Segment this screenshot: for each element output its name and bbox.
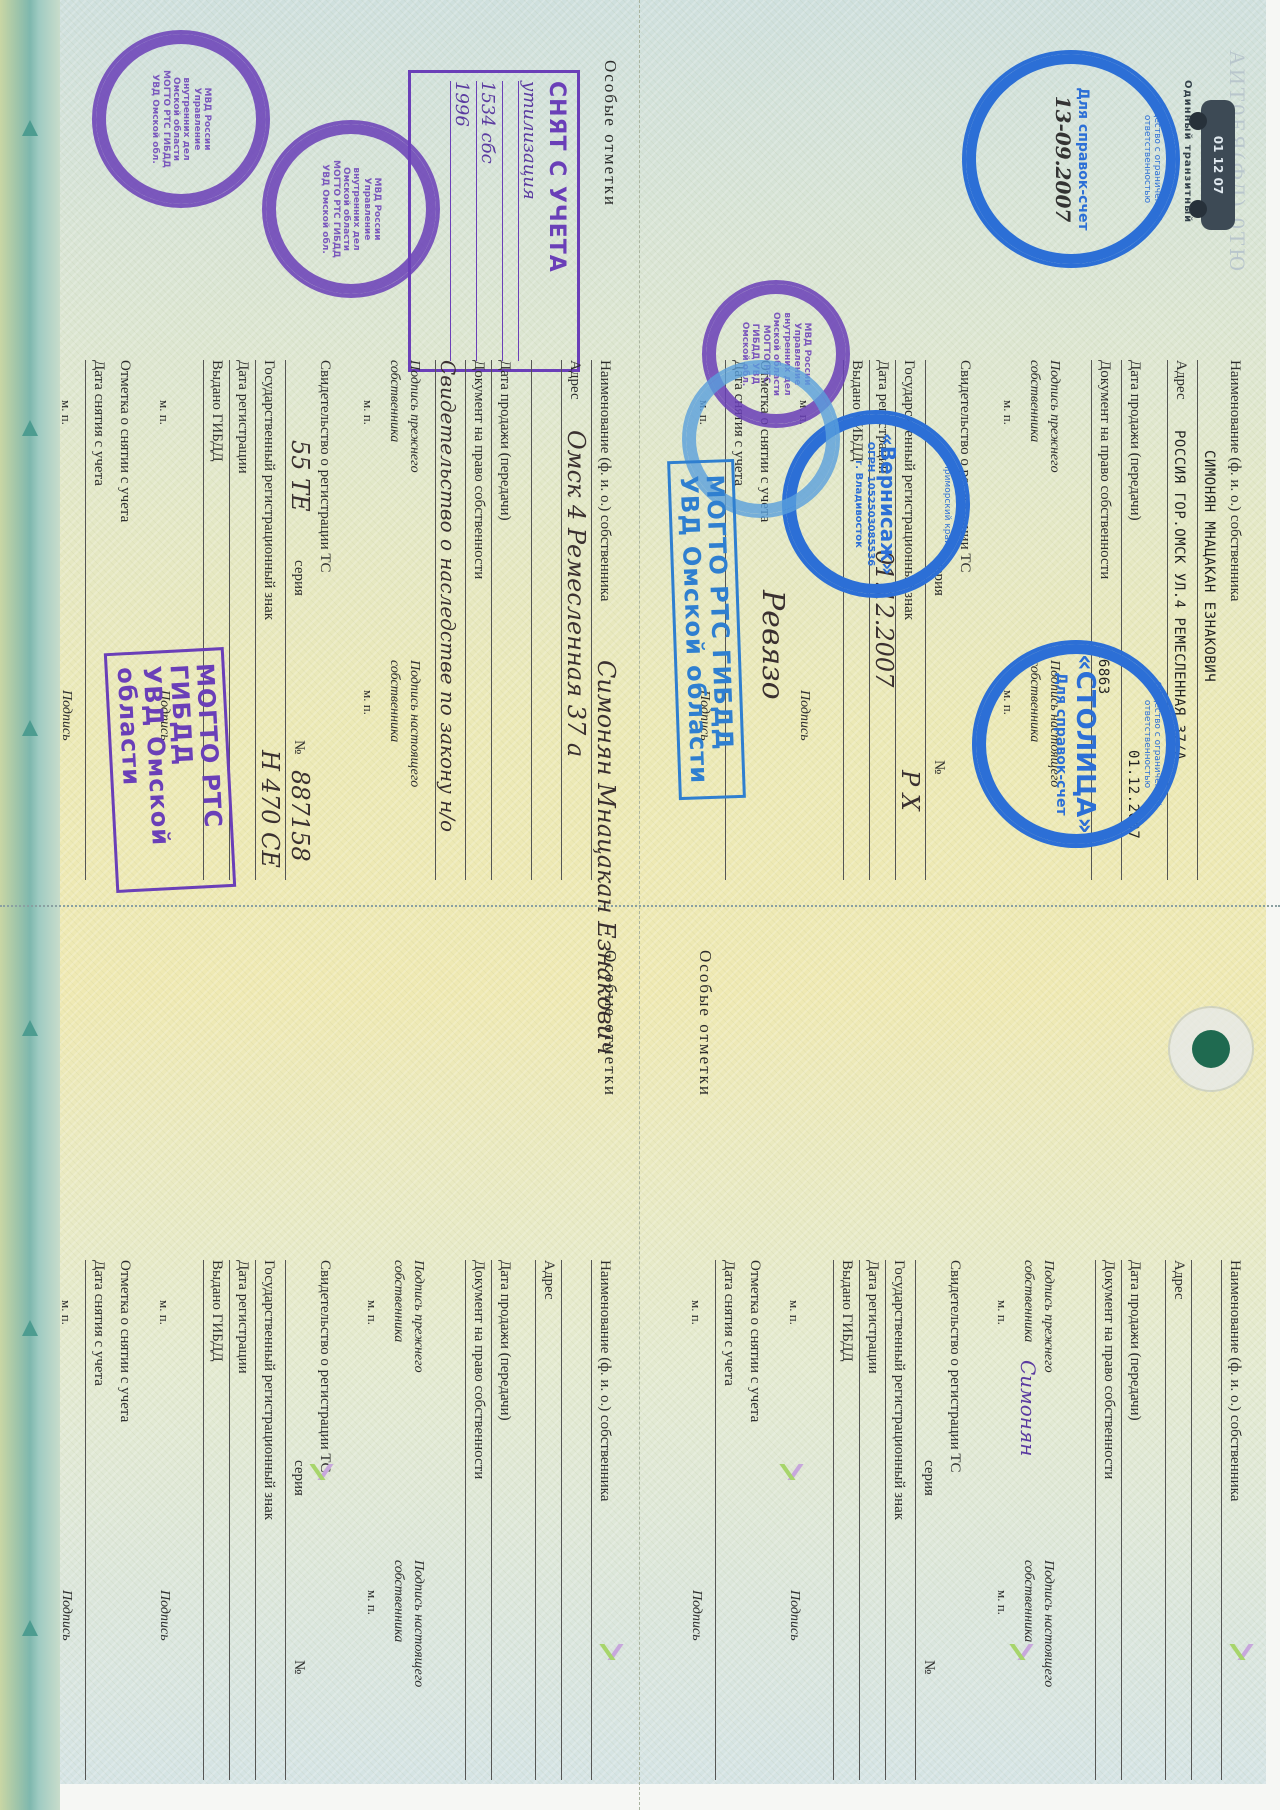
seal-place-label: м. п. (786, 1300, 802, 1325)
special-marks-4: Особые отметки (30, 930, 630, 1230)
owner-name-label: Наименование (ф. и. о.) собственника (1226, 1260, 1243, 1501)
number-label: № (290, 740, 307, 754)
issued-by-label: Выдано ГИБДД (208, 1260, 225, 1362)
special-marks-2: Особые отметки СНЯТ С УЧЕТА утилизация 1… (30, 30, 630, 330)
seal-place-label: м. п. (360, 400, 376, 425)
owner-form-4: Наименование (ф. и. о.) собственника Адр… (30, 1260, 630, 1780)
owner-name-label: Наименование (ф. и. о.) собственника (596, 360, 613, 601)
address-label: Адрес (1170, 1260, 1187, 1300)
seal-place-label: м. п. (360, 690, 376, 715)
ownership-doc-label: Документ на право собственности (1100, 1260, 1117, 1479)
signature-label: Подпись (688, 1590, 704, 1641)
ownership-doc-label: Документ на право собственности (470, 360, 487, 579)
owner-name-value: СИМОНЯН МНАЦАКАН ЕЗНАКОВИЧ (1201, 450, 1217, 682)
special-marks-label: Особые отметки (600, 60, 620, 207)
plate-label: Государственный регистрационный знак (260, 360, 277, 620)
reg-certificate-label: Свидетельство о регистрации ТС (316, 1260, 333, 1473)
prev-owner-sign-label-2: собственника (1020, 1260, 1036, 1342)
signature-label: Подпись (58, 690, 74, 741)
plate-value: Р Х (896, 770, 924, 811)
prev-owner-sign-label-2: собственника (1026, 360, 1042, 442)
deregistration-date-label: Дата снятия с учета (90, 1260, 107, 1386)
owner-form-3: Наименование (ф. и. о.) собственника Адр… (660, 1260, 1260, 1780)
number-value: 887158 (286, 770, 314, 862)
series-label: серия (290, 1460, 307, 1496)
series-label: серия (290, 560, 307, 596)
perforation-line (0, 905, 1280, 907)
curr-owner-sign-label-2: собственника (390, 1560, 406, 1642)
reg-certificate-label: Свидетельство о регистрации ТС (946, 1260, 963, 1473)
special-marks-3: Особые отметки (660, 930, 1260, 1230)
series-label: серия (920, 1460, 937, 1496)
curr-owner-sign-label-2: собственника (1020, 1560, 1036, 1642)
deregistration-mark-label: Отметка о снятии с учета (746, 1260, 763, 1422)
plate-label: Государственный регистрационный знак (890, 1260, 907, 1520)
entry-4: Особые отметки Наименование (ф. и. о.) с… (30, 930, 630, 1790)
number-label: № (930, 760, 947, 774)
seal-place-label: м. п. (58, 1300, 74, 1325)
punch-hole (1192, 1030, 1230, 1068)
chevron-watermark-icon (598, 1640, 620, 1664)
plate-value: Н 470 СЕ (256, 750, 284, 868)
chevron-watermark-icon (1228, 1640, 1250, 1664)
prev-owner-sign-label-2: собственника (386, 360, 402, 442)
seal-place-label: м. п. (994, 1590, 1010, 1615)
signature-label: Подпись (786, 1590, 802, 1641)
reg-date-label: Дата регистрации (234, 360, 251, 474)
deregistration-date-label: Дата снятия с учета (90, 360, 107, 486)
ownership-doc-value: Свидетельство о наследстве по закону н/о (436, 360, 460, 832)
signature-label: Подпись (58, 1590, 74, 1641)
chevron-watermark-icon (308, 1460, 330, 1484)
number-label: № (290, 1660, 307, 1674)
seal-place-label: м. п. (688, 1300, 704, 1325)
signature-label: Подпись (796, 690, 812, 741)
series-value: 55 ТЕ (286, 440, 314, 512)
stamp-uvd-round: МВД России Управление внутренних дел Омс… (262, 120, 440, 298)
sale-date-label: Дата продажи (передачи) (496, 360, 513, 521)
deregistration-date-label: Дата снятия с учета (720, 1260, 737, 1386)
stamp-round-top: Общество с ограниченной ответственностью… (962, 50, 1180, 268)
ownership-doc-label: Документ на право собственности (1096, 360, 1113, 579)
prev-owner-sign-label-2: собственника (390, 1260, 406, 1342)
entry-2: Особые отметки СНЯТ С УЧЕТА утилизация 1… (30, 30, 630, 890)
owner-name-label: Наименование (ф. и. о.) собственника (596, 1260, 613, 1501)
entry-3: Особые отметки Наименование (ф. и. о.) с… (660, 930, 1260, 1790)
signature-label: Подпись (156, 1590, 172, 1641)
seal-place-label: м. п. (156, 1300, 172, 1325)
handwritten-code: Ревязо (755, 590, 790, 700)
seal-place-label: м. п. (994, 1300, 1010, 1325)
special-marks-label: Особые отметки (695, 950, 715, 1097)
address-value: Омск 4 Ремесленная 37 а (562, 430, 590, 757)
seal-place-label: м. п. (1000, 400, 1016, 425)
deregistration-mark-label: Отметка о снятии с учета (116, 1260, 133, 1422)
address-label: Адрес (566, 360, 583, 400)
sale-date-label: Дата продажи (передачи) (496, 1260, 513, 1421)
ownership-doc-label: Документ на право собственности (470, 1260, 487, 1479)
sale-date-label: Дата продажи (передачи) (1126, 360, 1143, 521)
prev-owner-signature: Симонян (1016, 1360, 1040, 1456)
vehicle-passport-sheet: АИТ0ЕЯ(ФД) 0ТЮ 01 12 07 Одинный транзитн… (0, 0, 1280, 1810)
deregistration-mark-label: Отметка о снятии с учета (116, 360, 133, 522)
seal-place-label: м. п. (58, 400, 74, 425)
seal-place-label: м. п. (364, 1590, 380, 1615)
number-label: № (920, 1660, 937, 1674)
sale-date-label: Дата продажи (передачи) (1126, 1260, 1143, 1421)
chevron-watermark-icon (1008, 1640, 1030, 1664)
plate-label: Государственный регистрационный знак (260, 1260, 277, 1520)
address-label: Адрес (540, 1260, 557, 1300)
stamp-stolitsa: Общество с ограниченной ответственностью… (972, 640, 1180, 848)
reg-certificate-label: Свидетельство о регистрации ТС (316, 360, 333, 573)
curr-owner-sign-label-2: собственника (386, 660, 402, 742)
chevron-watermark-icon (778, 1460, 800, 1484)
issued-by-label: Выдано ГИБДД (208, 360, 225, 462)
issued-by-label: Выдано ГИБДД (838, 1260, 855, 1362)
address-label: Адрес (1172, 360, 1189, 400)
reg-date-label: Дата регистрации (864, 1260, 881, 1374)
reg-date-label: Дата регистрации (234, 1260, 251, 1374)
seal-place-label: м. п. (156, 400, 172, 425)
stamp-mogto-violet: МОГТО РТС ГИБДДУВД Омской области (104, 647, 236, 893)
stamp-mogto-blue: МОГТО РТС ГИБДДУВД Омской области (667, 459, 746, 800)
seal-place-label: м. п. (364, 1300, 380, 1325)
logo-caption: Одинный транзитный (1182, 80, 1193, 223)
owner-name-label: Наименование (ф. и. о.) собственника (1226, 360, 1243, 601)
special-marks-label: Особые отметки (600, 950, 620, 1097)
transit-logo: АИТ0ЕЯ(ФД) 0ТЮ 01 12 07 Одинный транзитн… (1175, 40, 1245, 290)
entry-1: АИТ0ЕЯ(ФД) 0ТЮ 01 12 07 Одинный транзитн… (660, 30, 1260, 890)
stamp-uvd-round: МВД России Управление внутренних дел Омс… (92, 30, 270, 208)
